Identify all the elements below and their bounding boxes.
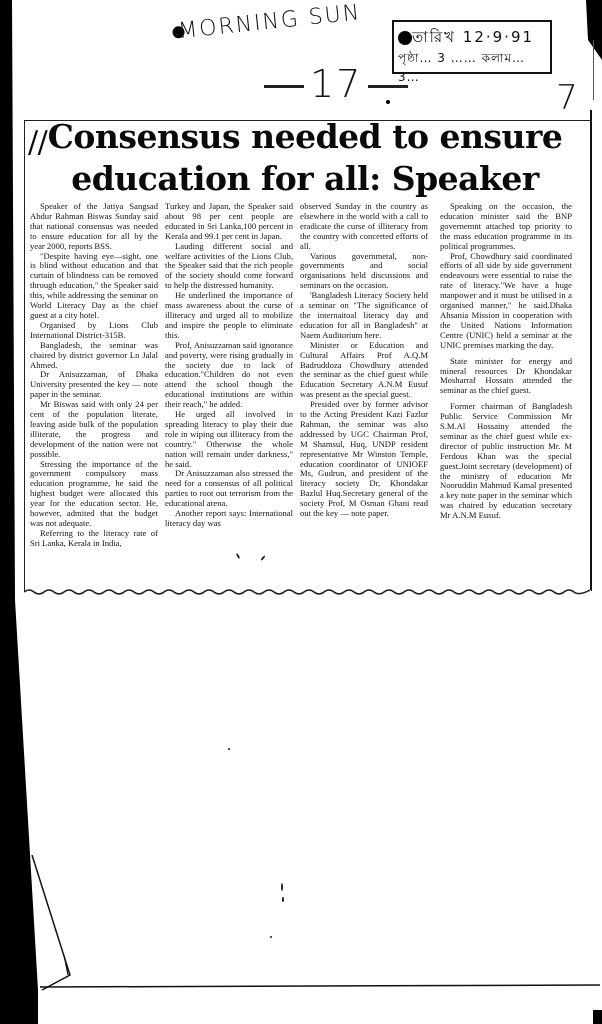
stamp-page-value: 3 <box>437 51 446 65</box>
paragraph: Former chairman of Bangladesh Public Ser… <box>440 402 572 521</box>
paragraph: Stressing the importance of the governme… <box>30 460 158 529</box>
paragraph: Speaker of the Jatiya Sangsad Abdur Rahm… <box>30 202 158 252</box>
paragraph: Speaking on the occasion, the education … <box>440 202 572 252</box>
scan-speck <box>270 936 272 938</box>
paragraph: Minister or Education and Cultural Affai… <box>300 341 428 400</box>
paragraph: Organised by Lions Club International Di… <box>30 321 158 341</box>
paragraph: Prof, Chowdhury said coordinated efforts… <box>440 252 572 351</box>
paragraph: Dr Anisuzzaman, of Dhaka University pres… <box>30 370 158 400</box>
scan-border <box>588 0 602 40</box>
paragraph: Referring to the literacy rate of Sri La… <box>30 529 158 549</box>
scan-artifact-vertical <box>590 110 592 590</box>
article-headline: // Consensus needed to ensure education … <box>40 116 570 200</box>
paragraph: State minister for energy and mineral re… <box>440 357 572 397</box>
paragraph: Prof, Anisuzzaman said ignorance and pov… <box>165 341 293 410</box>
ink-dot <box>386 100 390 104</box>
paragraph: Dr Anisuzzaman also stressed the need fo… <box>165 469 293 509</box>
clipping-torn-edge <box>24 586 590 598</box>
article-column-1: Speaker of the Jatiya Sangsad Abdur Rahm… <box>30 202 158 549</box>
folded-corner <box>30 855 90 995</box>
paragraph: Mr Biswas said with only 24 per cent of … <box>30 400 158 459</box>
scan-speck <box>282 897 284 902</box>
article-column-2: Turkey and Japan, the Speaker said about… <box>165 202 293 529</box>
paragraph: Lauding different social and welfare act… <box>165 242 293 292</box>
paragraph: "Despite having eye—sight, one is blind … <box>30 252 158 321</box>
headline-line-1: Consensus needed to ensure <box>40 116 570 158</box>
stamp-date-row: তারিখ 12·9·91 <box>398 26 534 51</box>
handwritten-page-number: 17 <box>258 62 414 106</box>
paragraph: Turkey and Japan, the Speaker said about… <box>165 202 293 242</box>
article-column-3: observed Sunday in the country as elsewh… <box>300 202 428 519</box>
stamp-date-value: 12·9·91 <box>463 28 534 46</box>
paragraph: observed Sunday in the country as elsewh… <box>300 202 428 252</box>
scan-speck <box>281 883 283 891</box>
headline-line-2: education for all: Speaker <box>40 158 570 200</box>
margin-mark: // <box>28 122 47 164</box>
scan-speck <box>228 748 230 750</box>
paragraph: He urged all involved in spreading liter… <box>165 410 293 469</box>
scan-artifact-vertical <box>593 40 594 100</box>
article-column-4: Speaking on the occasion, the education … <box>440 202 572 521</box>
paragraph: Bangladesh, the seminar was chaired by d… <box>30 341 158 371</box>
paragraph: Another report says: International liter… <box>165 509 293 529</box>
handwritten-corner-mark: 7 <box>556 78 580 118</box>
paragraph: Various governmetal, non-governments and… <box>300 252 428 292</box>
paragraph: Presided over by former advisor to the A… <box>300 400 428 519</box>
page-bottom-edge <box>40 984 600 988</box>
stamp-page-row: পৃষ্ঠা… 3 …… কলাম… 3… <box>398 50 550 84</box>
ink-blot <box>398 31 412 45</box>
paragraph: 'Bangladesh Literacy Society held a semi… <box>300 291 428 341</box>
date-stamp: তারিখ 12·9·91 পৃষ্ঠা… 3 …… কলাম… 3… <box>392 20 552 74</box>
paragraph: He underlined the importance of mass awa… <box>165 291 293 341</box>
